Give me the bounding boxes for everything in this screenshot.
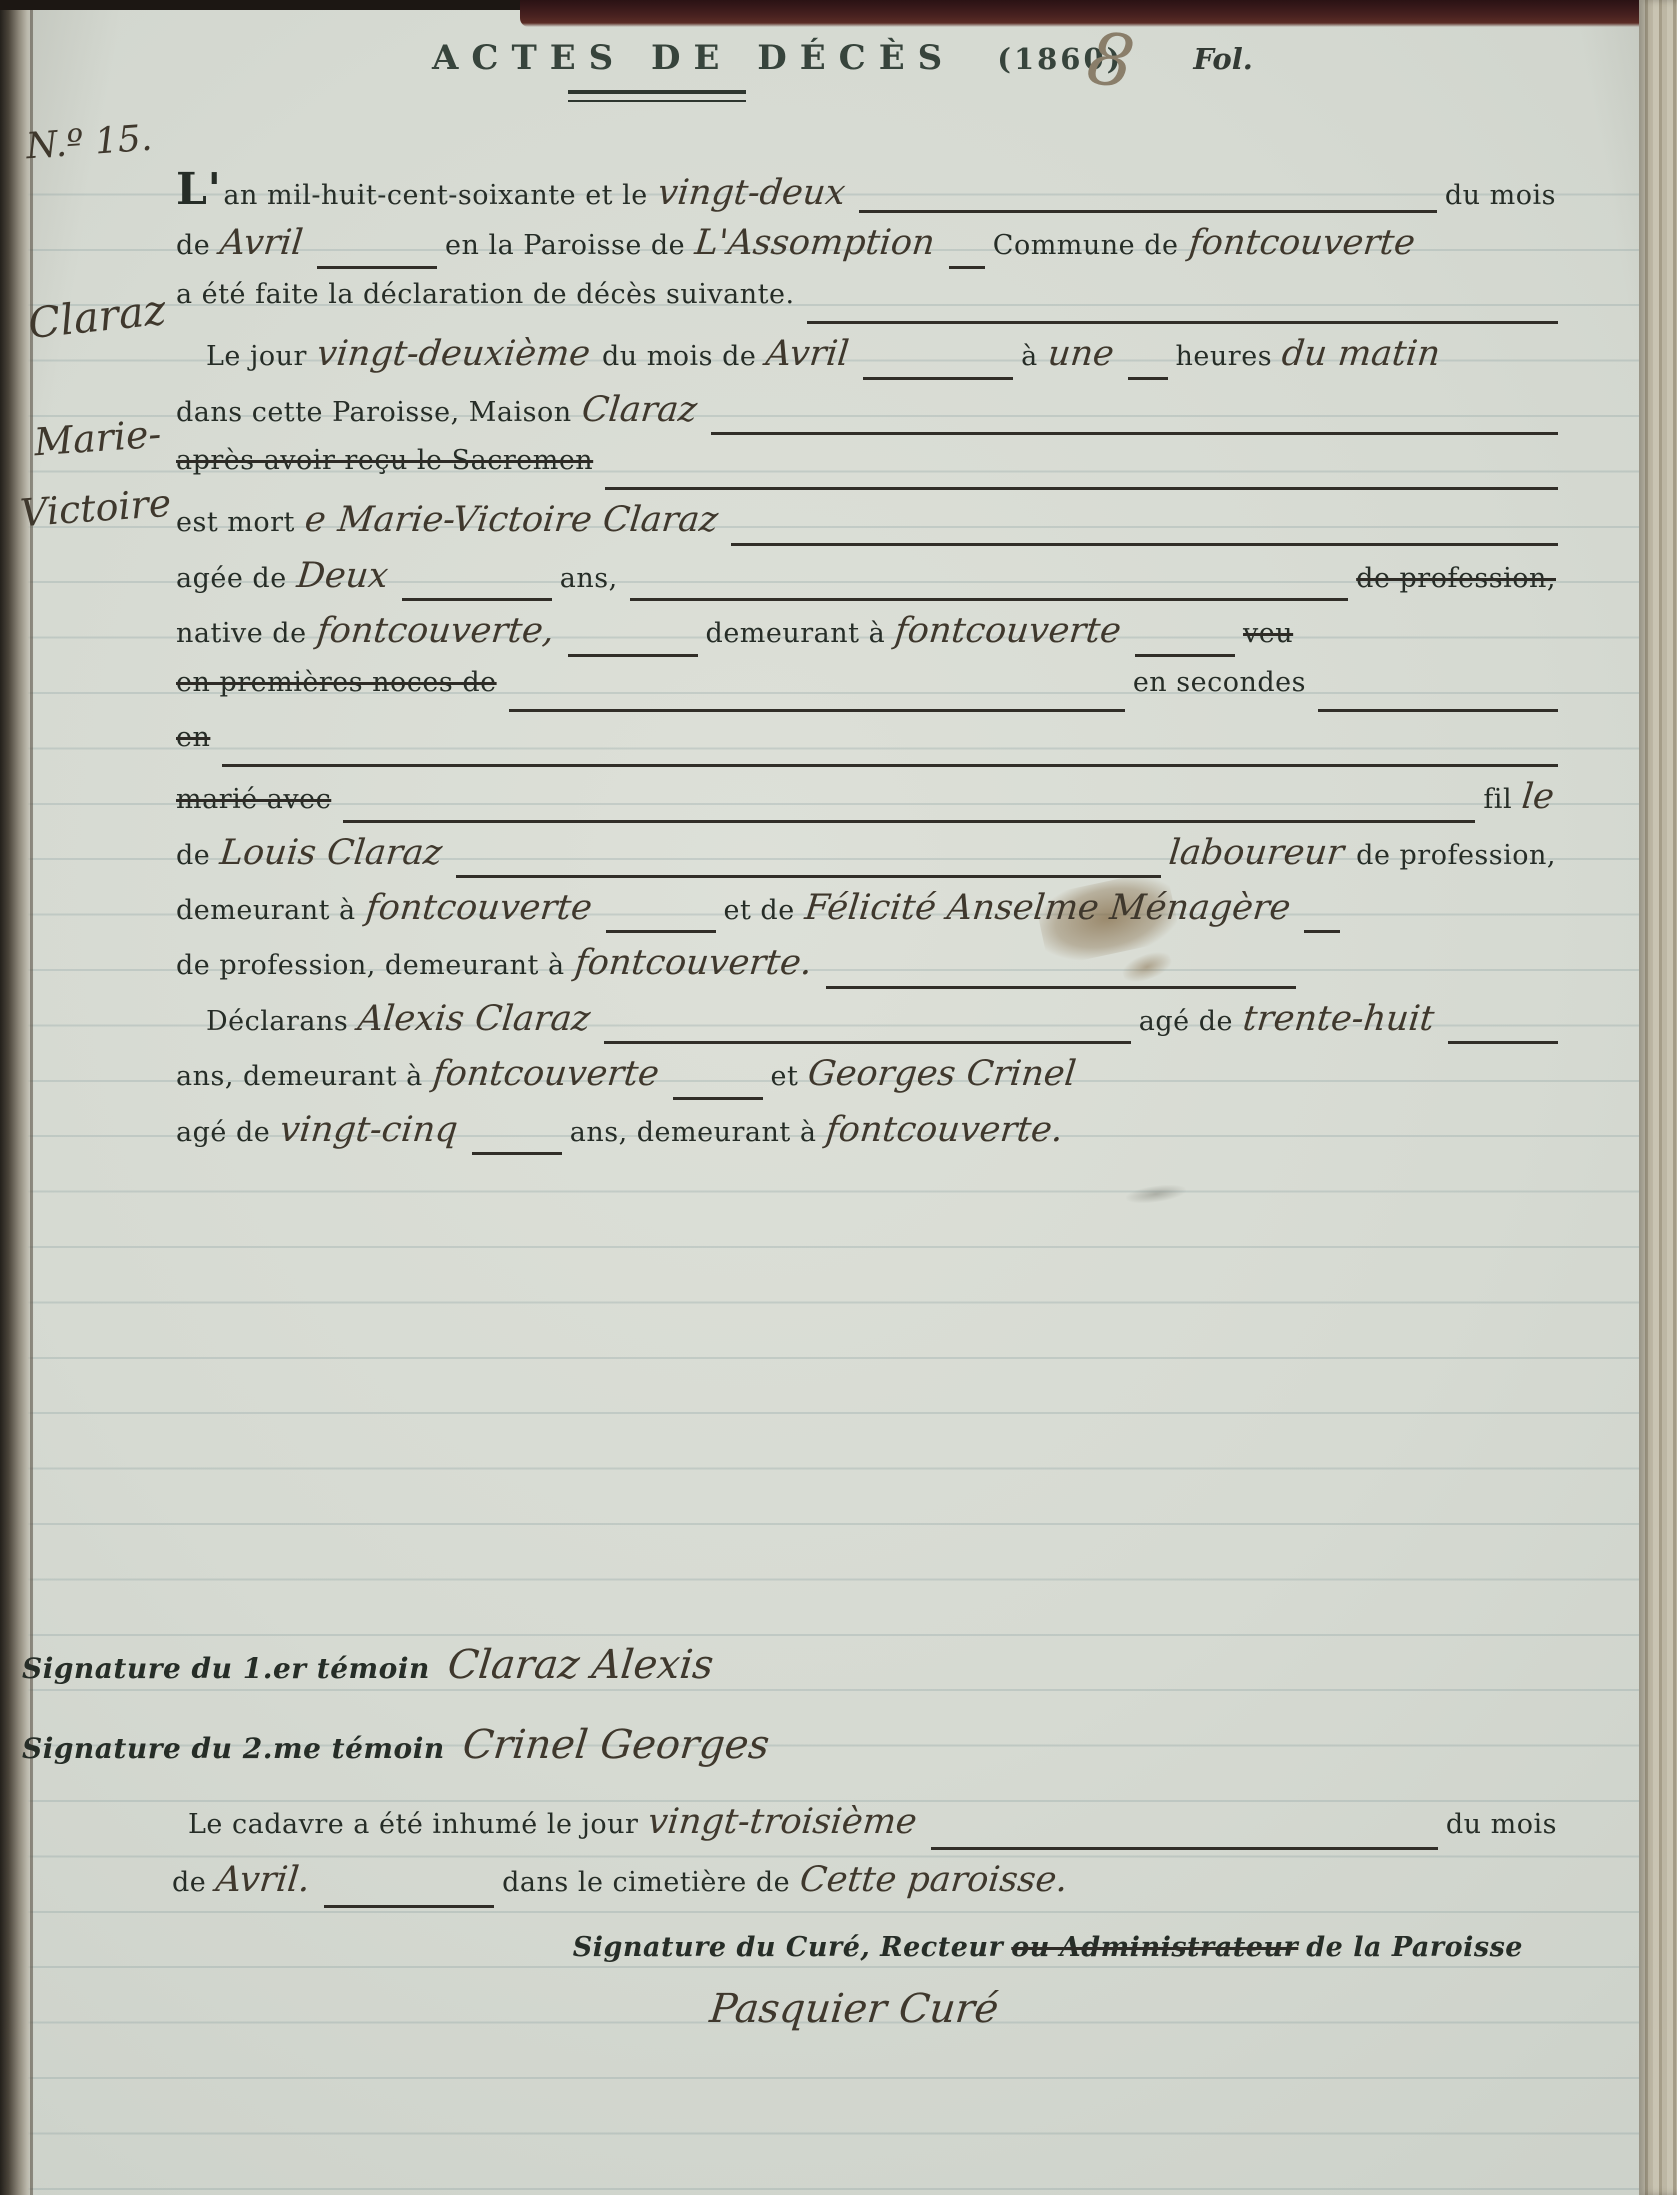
- page-top-edge: [0, 0, 560, 10]
- printed-text: de: [172, 1867, 206, 1898]
- printed-text: de profession,: [1356, 563, 1556, 594]
- form-line: Signature du 1.er témoinClaraz Alexis: [22, 1642, 1567, 1722]
- act-body-text: L'an mil-huit-cent-soixante et levingt-d…: [176, 168, 1566, 1165]
- margin-firstname-2: Victoire: [19, 481, 173, 535]
- printed-text: du mois: [1445, 180, 1556, 211]
- handwritten-text: le: [1520, 777, 1556, 817]
- printed-text: du mois de: [602, 341, 756, 372]
- handwritten-text: fontcouverte.: [824, 1110, 1065, 1150]
- form-line: ans, demeurant àfontcouverteetGeorges Cr…: [176, 1054, 1566, 1109]
- signatures-and-burial-block: Signature du 1.er témoinClaraz AlexisSig…: [22, 1642, 1567, 2050]
- fill-rule: [1304, 930, 1340, 933]
- printed-text: a été faite la déclaration de décès suiv…: [176, 279, 795, 310]
- printed-text: ans, demeurant à: [570, 1117, 817, 1148]
- printed-text: ans, demeurant à: [176, 1061, 423, 1092]
- printed-text: Signature du Curé, Recteur: [573, 1932, 1003, 1963]
- printed-text: de la Paroisse: [1306, 1932, 1523, 1963]
- form-line: dans cette Paroisse, MaisonClaraz: [176, 390, 1566, 445]
- printed-text: du mois: [1446, 1809, 1557, 1840]
- printed-text: ans,: [560, 563, 618, 594]
- handwritten-text: vingt-cinq: [278, 1110, 460, 1150]
- printed-text: de: [176, 840, 210, 871]
- folio-number-handwritten: 8: [1082, 15, 1139, 105]
- fill-rule: [673, 1097, 763, 1100]
- form-line: native defontcouverte,demeurant àfontcou…: [176, 611, 1566, 666]
- fill-rule: [606, 930, 716, 933]
- form-line: a été faite la déclaration de décès suiv…: [176, 279, 1566, 334]
- form-line: est morteMarie-Victoire Claraz: [176, 500, 1566, 555]
- printed-text: après avoir reçu le Sacremen: [176, 445, 593, 476]
- fill-rule: [605, 487, 1558, 490]
- handwritten-text: Crinel Georges: [460, 1722, 771, 1768]
- fill-rule: [949, 266, 985, 269]
- document-title: ACTES DE DÉCÈS: [432, 38, 955, 78]
- printed-text: de profession,: [1356, 840, 1556, 871]
- fill-rule: [731, 543, 1558, 546]
- handwritten-text: fontcouverte.: [572, 943, 813, 983]
- form-line: Signature du Curé, Recteurou Administrat…: [22, 1932, 1567, 1986]
- page-stack-edge: [1639, 0, 1677, 2195]
- form-line: marié avecfille: [176, 777, 1566, 832]
- form-line: deAvril.dans le cimetière deCette parois…: [22, 1860, 1567, 1918]
- record-number: N.º 15.: [25, 118, 154, 168]
- form-line: en: [176, 722, 1566, 777]
- fill-rule: [568, 654, 698, 657]
- fill-rule: [1448, 1041, 1558, 1044]
- handwritten-text: une: [1046, 334, 1116, 374]
- printed-text: Le jour: [206, 341, 307, 372]
- title-underline: [568, 90, 746, 102]
- form-line: deLouis Clarazlaboureurde profession,: [176, 833, 1566, 888]
- handwritten-text: Georges Crinel: [806, 1054, 1078, 1094]
- printed-text: dans le cimetière de: [502, 1867, 790, 1898]
- handwritten-text: vingt-deuxième: [315, 334, 592, 374]
- fill-rule: [859, 210, 1437, 213]
- fill-rule: [402, 598, 552, 601]
- fill-rule: [1318, 709, 1558, 712]
- fill-rule: [630, 598, 1348, 601]
- fill-rule: [1135, 654, 1235, 657]
- printed-text: de: [176, 230, 210, 261]
- printed-text: Signature du 2.me témoin: [22, 1732, 445, 1765]
- printed-text: en: [176, 722, 210, 753]
- handwritten-text: fontcouverte: [364, 888, 594, 928]
- fill-rule: [222, 764, 1558, 767]
- handwritten-text: e: [303, 500, 328, 540]
- fill-rule: [826, 986, 1296, 989]
- handwritten-text: Avril.: [214, 1860, 312, 1900]
- handwritten-text: vingt-deux: [656, 173, 847, 213]
- form-line: L'an mil-huit-cent-soixante et levingt-d…: [176, 168, 1566, 223]
- fill-rule: [711, 432, 1558, 435]
- handwritten-text: laboureur: [1167, 833, 1346, 873]
- printed-text: marié avec: [176, 784, 331, 815]
- form-line: après avoir reçu le Sacremen: [176, 445, 1566, 500]
- form-line: Signature du 2.me témoinCrinel Georges: [22, 1722, 1567, 1802]
- printed-text: agée de: [176, 563, 287, 594]
- handwritten-text: Alexis Claraz: [356, 999, 592, 1039]
- handwritten-text: fontcouverte: [1186, 223, 1416, 263]
- handwritten-text: Louis Claraz: [218, 833, 444, 873]
- printed-text: native de: [176, 618, 307, 649]
- printed-text: Déclarans: [206, 1006, 348, 1037]
- handwritten-text: Marie-Victoire Claraz: [336, 500, 720, 540]
- handwritten-text: fontcouverte: [431, 1054, 661, 1094]
- fill-rule: [1128, 377, 1168, 380]
- printed-text: demeurant à: [706, 618, 886, 649]
- handwritten-text: L'Assomption: [693, 223, 937, 263]
- smudge-mark: [1125, 1182, 1187, 1206]
- margin-surname: Claraz: [26, 285, 168, 348]
- printed-text: agé de: [176, 1117, 270, 1148]
- fill-rule: [343, 820, 1475, 823]
- form-line: en premières noces deen secondes: [176, 667, 1566, 722]
- fill-rule: [456, 875, 1161, 878]
- handwritten-text: Claraz: [580, 390, 699, 430]
- form-line: agé devingt-cinqans, demeurant àfontcouv…: [176, 1110, 1566, 1165]
- form-line: demeurant àfontcouverteet deFélicité Ans…: [176, 888, 1566, 943]
- printed-text: demeurant à: [176, 895, 356, 926]
- printed-text: Commune de: [993, 230, 1179, 261]
- handwritten-text: Avril: [218, 223, 305, 263]
- printed-text: et de: [724, 895, 795, 926]
- death-register-page: ACTES DE DÉCÈS (1860) Fol. 8 N.º 15. Cla…: [0, 0, 1677, 2195]
- form-line: DéclaransAlexis Clarazagé detrente-huit: [176, 999, 1566, 1054]
- fill-rule: [604, 1041, 1130, 1044]
- fill-rule: [317, 266, 437, 269]
- folio-label: Fol.: [1193, 42, 1252, 76]
- fill-rule: [807, 321, 1558, 324]
- handwritten-text: fontcouverte: [893, 611, 1123, 651]
- handwritten-text: Cette paroisse.: [798, 1860, 1070, 1900]
- margin-firstname-1: Marie-: [33, 412, 163, 465]
- printed-text: veu: [1243, 618, 1293, 649]
- form-line: agée deDeuxans,de profession,: [176, 556, 1566, 611]
- printed-text: en la Paroisse de: [445, 230, 685, 261]
- printed-text: en secondes: [1133, 667, 1306, 698]
- printed-text: à: [1021, 341, 1038, 372]
- handwritten-text: du matin: [1280, 334, 1442, 374]
- printed-text: agé de: [1139, 1006, 1233, 1037]
- handwritten-text: fontcouverte,: [314, 611, 555, 651]
- printed-text: fil: [1483, 784, 1512, 815]
- printed-text: de profession, demeurant à: [176, 950, 565, 981]
- printed-text: Signature du 1.er témoin: [22, 1652, 430, 1685]
- form-line: deAvrilen la Paroisse deL'AssomptionComm…: [176, 223, 1566, 278]
- handwritten-text: trente-huit: [1241, 999, 1436, 1039]
- handwritten-text: vingt-troisième: [646, 1802, 919, 1842]
- fill-rule: [509, 709, 1125, 712]
- handwritten-text: Félicité Anselme Ménagère: [803, 888, 1293, 928]
- printed-text: dans cette Paroisse, Maison: [176, 397, 572, 428]
- printed-text: ou Administrateur: [1011, 1932, 1298, 1963]
- printed-text: et: [771, 1061, 799, 1092]
- printed-text: est mort: [176, 507, 295, 538]
- fill-rule: [472, 1152, 562, 1155]
- form-line: Le jourvingt-deuxièmedu mois deAvrilàune…: [176, 334, 1566, 389]
- handwritten-text: Avril: [764, 334, 851, 374]
- handwritten-text: Deux: [295, 556, 390, 596]
- printed-text: an mil-huit-cent-soixante et le: [223, 180, 647, 211]
- handwritten-text: Claraz Alexis: [445, 1642, 715, 1688]
- printed-text: en premières noces de: [176, 667, 497, 698]
- printed-text: Le cadavre a été inhumé le jour: [188, 1809, 638, 1840]
- fill-rule: [863, 377, 1013, 380]
- fill-rule: [324, 1905, 494, 1908]
- form-line: Pasquier Curé: [22, 1986, 1567, 2050]
- printed-text: heures: [1176, 341, 1273, 372]
- printed-text: L': [176, 168, 221, 212]
- form-line: de profession, demeurant àfontcouverte.: [176, 943, 1566, 998]
- fill-rule: [931, 1847, 1438, 1850]
- form-line: Le cadavre a été inhumé le jourvingt-tro…: [22, 1802, 1567, 1860]
- handwritten-text: Pasquier Curé: [708, 1986, 1001, 2032]
